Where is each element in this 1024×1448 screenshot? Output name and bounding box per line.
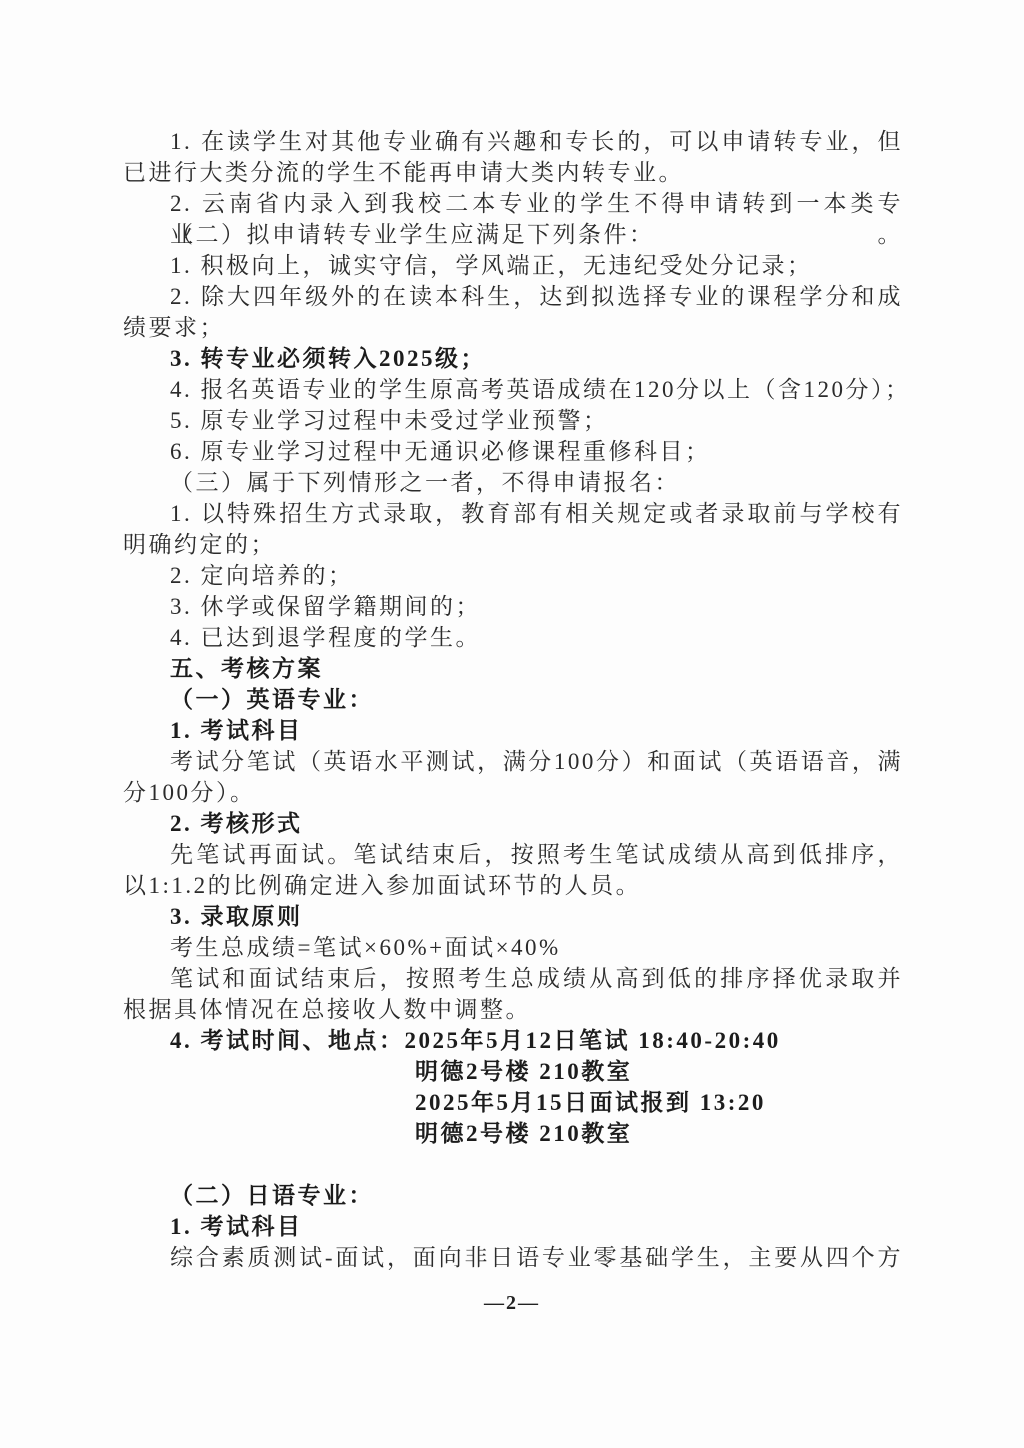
text-line: 1. 在读学生对其他专业确有兴趣和专长的，可以申请转专业，但 [123, 126, 903, 157]
text-line: 1. 积极向上，诚实守信，学风端正，无违纪受处分记录； [123, 250, 903, 281]
page-number: —2— [0, 1292, 1024, 1315]
section-heading-assessment-plan: 五、考核方案 [123, 653, 903, 684]
subsection-english-major: （一）英语专业： [123, 684, 903, 715]
blank-line [123, 1149, 903, 1180]
text-line: 3. 休学或保留学籍期间的； [123, 591, 903, 622]
bold-rule-transfer-grade: 3. 转专业必须转入2025级； [123, 343, 903, 374]
subsection-heading-exclusions: （三）属于下列情形之一者，不得申请报名： [123, 467, 903, 498]
text-line: 2. 除大四年级外的在读本科生，达到拟选择专业的课程学分和成 [123, 281, 903, 312]
exam-room-line: 明德2号楼 210教室 [123, 1118, 903, 1149]
heading-exam-subjects-japanese: 1. 考试科目 [123, 1211, 903, 1242]
document-page: 1. 在读学生对其他专业确有兴趣和专长的，可以申请转专业，但 已进行大类分流的学… [0, 0, 1024, 1448]
heading-assessment-format: 2. 考核形式 [123, 808, 903, 839]
document-body: 1. 在读学生对其他专业确有兴趣和专长的，可以申请转专业，但 已进行大类分流的学… [123, 126, 903, 1273]
text-line: 1. 以特殊招生方式录取，教育部有相关规定或者录取前与学校有 [123, 498, 903, 529]
text-line: 先笔试再面试。笔试结束后，按照考生笔试成绩从高到低排序， [123, 839, 903, 870]
text-line: 综合素质测试-面试，面向非日语专业零基础学生，主要从四个方 [123, 1242, 903, 1273]
interview-time-line: 2025年5月15日面试报到 13:20 [123, 1087, 903, 1118]
heading-admission-principle: 3. 录取原则 [123, 901, 903, 932]
subsection-japanese-major: （二）日语专业： [123, 1180, 903, 1211]
text-line: 5. 原专业学习过程中未受过学业预警； [123, 405, 903, 436]
text-line: 2. 定向培养的； [123, 560, 903, 591]
heading-exam-subjects: 1. 考试科目 [123, 715, 903, 746]
text-line: 根据具体情况在总接收人数中调整。 [123, 994, 903, 1025]
exam-time-location-line: 4. 考试时间、地点：2025年5月12日笔试 18:40-20:40 [123, 1025, 903, 1056]
exam-room-line: 明德2号楼 210教室 [123, 1056, 903, 1087]
text-line: 以1:1.2的比例确定进入参加面试环节的人员。 [123, 870, 903, 901]
text-line: 考试分笔试（英语水平测试，满分100分）和面试（英语语音，满 [123, 746, 903, 777]
text-line: 4. 已达到退学程度的学生。 [123, 622, 903, 653]
text-line: 绩要求； [123, 312, 903, 343]
text-line: 2. 云南省内录入到我校二本专业的学生不得申请转到一本类专业。 [123, 188, 903, 219]
total-score-formula: 考生总成绩=笔试×60%+面试×40% [123, 932, 903, 963]
text-line: 4. 报名英语专业的学生原高考英语成绩在120分以上（含120分）； [123, 374, 903, 405]
text-line: 分100分）。 [123, 777, 903, 808]
text-line: 6. 原专业学习过程中无通识必修课程重修科目； [123, 436, 903, 467]
text-line: 明确约定的； [123, 529, 903, 560]
text-line: 已进行大类分流的学生不能再申请大类内转专业。 [123, 157, 903, 188]
text-line: 笔试和面试结束后，按照考生总成绩从高到低的排序择优录取并 [123, 963, 903, 994]
